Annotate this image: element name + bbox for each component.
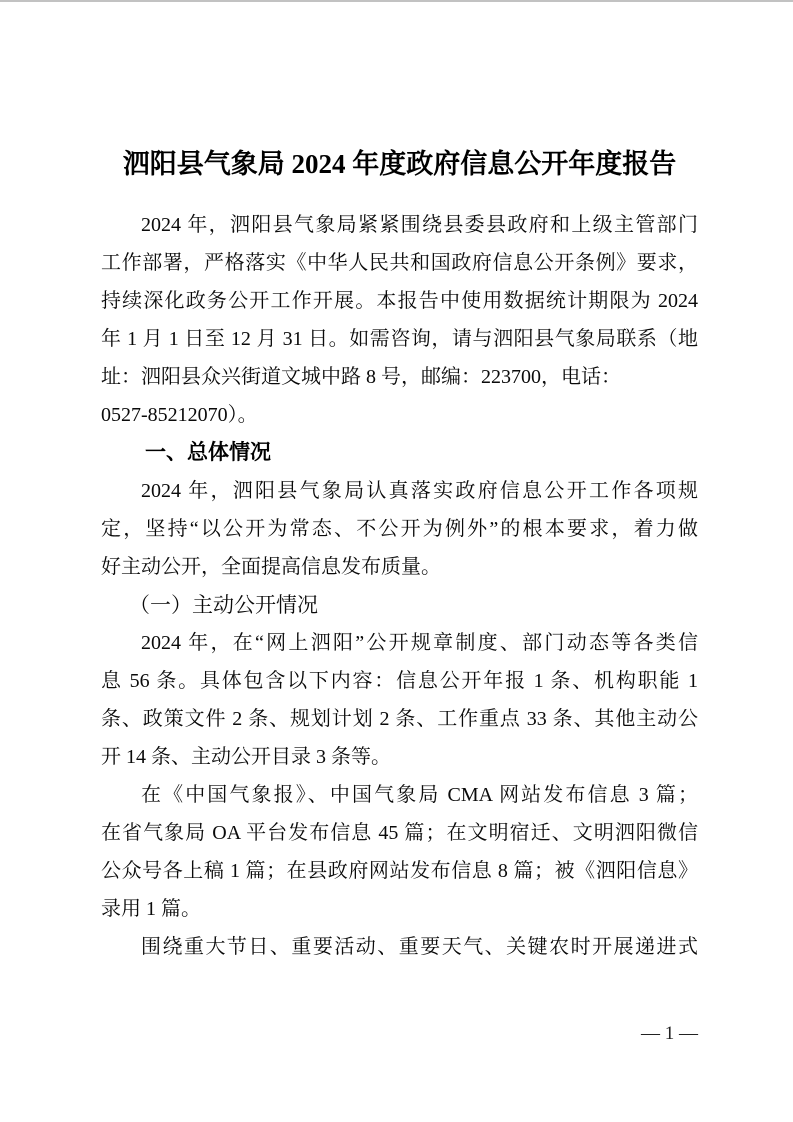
paragraph-line: 持续深化政务公开工作开展。本报告中使用数据统计期限为 2024 <box>101 282 698 320</box>
document-body: 2024 年，泗阳县气象局紧紧围绕县委县政府和上级主管部门 工作部署，严格落实《… <box>101 206 698 966</box>
paragraph-line: 开 14 条、主动公开目录 3 条等。 <box>101 738 698 776</box>
paragraph-line: 好主动公开，全面提高信息发布质量。 <box>101 548 698 586</box>
paragraph-line: 在省气象局 OA 平台发布信息 45 篇；在文明宿迁、文明泗阳微信 <box>101 814 698 852</box>
paragraph-line: 年 1 月 1 日至 12 月 31 日。如需咨询，请与泗阳县气象局联系（地 <box>101 320 698 358</box>
paragraph-line: 定，坚持“以公开为常态、不公开为例外”的根本要求，着力做 <box>101 510 698 548</box>
page-number: — 1 — <box>101 1022 698 1046</box>
paragraph-line: 2024 年，泗阳县气象局认真落实政府信息公开工作各项规 <box>101 472 698 510</box>
scan-edge-artifact <box>0 0 793 2</box>
paragraph-line: 2024 年，泗阳县气象局紧紧围绕县委县政府和上级主管部门 <box>101 206 698 244</box>
subsection-heading: （一）主动公开情况 <box>101 586 698 624</box>
paragraph-line: 工作部署，严格落实《中华人民共和国政府信息公开条例》要求， <box>101 244 698 282</box>
document-title: 泗阳县气象局 2024 年度政府信息公开年度报告 <box>101 144 698 184</box>
paragraph-line: 息 56 条。具体包含以下内容：信息公开年报 1 条、机构职能 1 <box>101 662 698 700</box>
paragraph-line: 2024 年，在“网上泗阳”公开规章制度、部门动态等各类信 <box>101 624 698 662</box>
paragraph-line: 在《中国气象报》、中国气象局 CMA 网站发布信息 3 篇； <box>101 776 698 814</box>
paragraph-line: 条、政策文件 2 条、规划计划 2 条、工作重点 33 条、其他主动公 <box>101 700 698 738</box>
paragraph-line: 围绕重大节日、重要活动、重要天气、关键农时开展递进式 <box>101 928 698 966</box>
paragraph-line: 址：泗阳县众兴街道文城中路 8 号，邮编：223700，电话： <box>101 358 698 396</box>
section-heading: 一、总体情况 <box>101 434 698 472</box>
paragraph-line: 公众号各上稿 1 篇；在县政府网站发布信息 8 篇；被《泗阳信息》 <box>101 852 698 890</box>
paragraph-line: 0527-85212070）。 <box>101 396 698 434</box>
document-page: 泗阳县气象局 2024 年度政府信息公开年度报告 2024 年，泗阳县气象局紧紧… <box>0 0 793 1122</box>
paragraph-line: 录用 1 篇。 <box>101 890 698 928</box>
